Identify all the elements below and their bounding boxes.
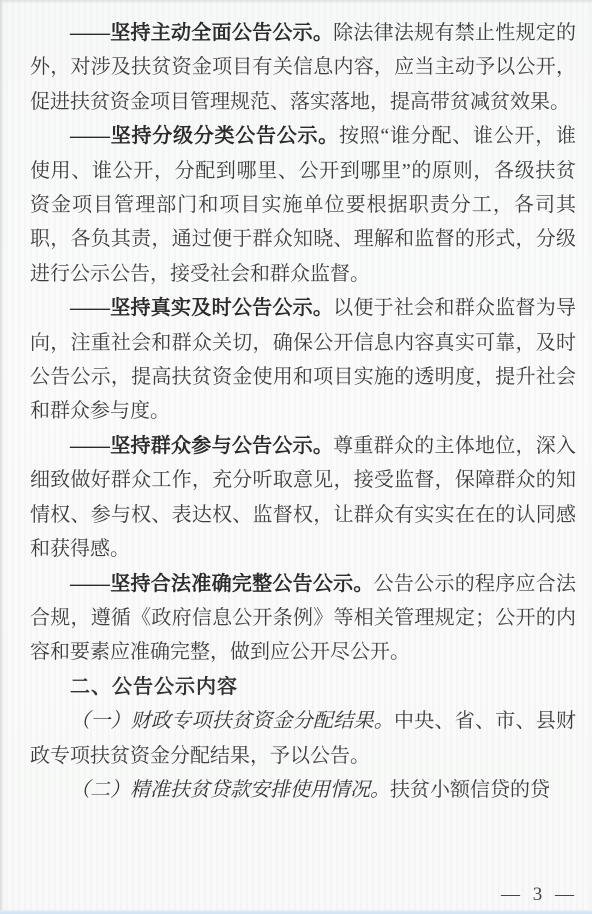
paragraph-lead: ——坚持群众参与公告公示。 [70,435,333,457]
paragraph-lead: ——坚持主动全面公告公示。 [70,22,333,44]
paragraph-principle-2: ——坚持分级分类公告公示。按照“谁分配、谁公开，谁使用、谁公开，分配到哪里、公开… [30,119,576,291]
paragraph-lead: ——坚持合法准确完整公告公示。 [70,573,374,595]
paragraph-principle-3: ——坚持真实及时公告公示。以便于社会和群众监督为导向，注重社会和群众关切，确保公… [30,291,576,429]
page-number: — 3 — [501,884,578,906]
paragraph-item-1: （一）财政专项扶贫资金分配结果。中央、省、市、县财政专项扶贫资金分配结果，予以公… [30,704,576,773]
paragraph-item-2: （二）精准扶贫贷款安排使用情况。扶贫小额信贷的贷 [30,773,576,807]
paragraph-lead: ——坚持真实及时公告公示。 [70,297,333,319]
item-lead: （一）财政专项扶贫资金分配结果。 [70,710,394,732]
paragraph-principle-1: ——坚持主动全面公告公示。除法律法规有禁止性规定的外，对涉及扶贫资金项目有关信息… [30,16,576,119]
item-body: 扶贫小额信贷的贷 [390,779,550,801]
paragraph-lead: ——坚持分级分类公告公示。 [70,125,339,147]
paragraph-principle-5: ——坚持合法准确完整公告公示。公告公示的程序应合法合规，遵循《政府信息公开条例》… [30,567,576,670]
item-lead: （二）精准扶贫贷款安排使用情况。 [70,779,390,801]
document-body: ——坚持主动全面公告公示。除法律法规有禁止性规定的外，对涉及扶贫资金项目有关信息… [30,16,576,807]
scan-edge-artifact [0,910,592,914]
scanned-document-page: ——坚持主动全面公告公示。除法律法规有禁止性规定的外，对涉及扶贫资金项目有关信息… [0,0,592,914]
paragraph-body: 按照“谁分配、谁公开，谁使用、谁公开，分配到哪里、公开到哪里”的原则，各级扶贫资… [30,125,576,285]
section-heading: 二、公告公示内容 [30,670,576,704]
paragraph-principle-4: ——坚持群众参与公告公示。尊重群众的主体地位，深入细致做好群众工作，充分听取意见… [30,429,576,567]
